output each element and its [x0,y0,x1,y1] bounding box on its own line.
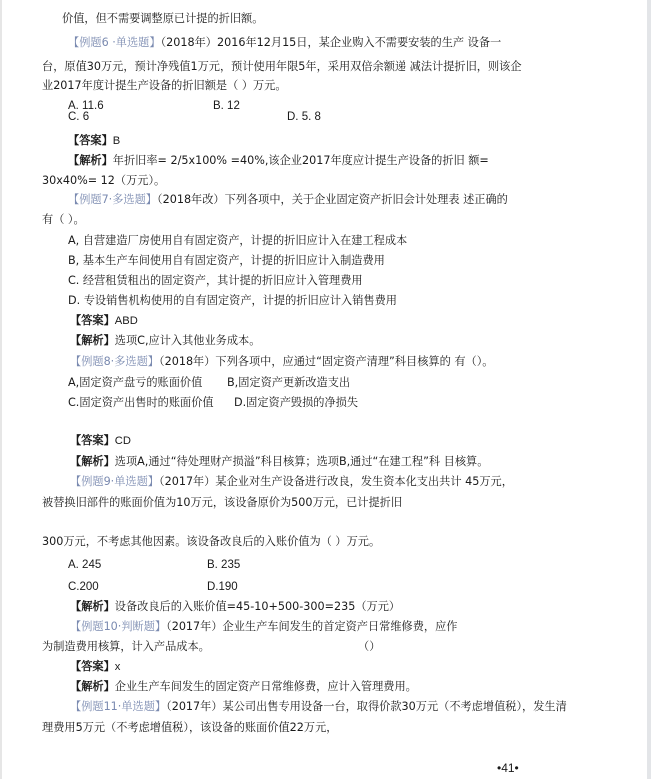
option-b: B,固定资产更新改造支出 [227,376,350,390]
option-b: B. 12 [213,99,240,113]
example-tag: 【例题11·单选题】 [70,700,166,713]
answer-line: 【答案】ABD [70,314,138,328]
analysis-line: 【解析】企业生产车间发生的固定资产日常维修费，应计入管理费用。 [70,680,417,694]
option-c: C. 6 [68,110,89,124]
question-text: （2017年）某企业对生产设备进行改良，发生资本化支出共计 45万元， [159,475,513,488]
option-d: D.固定资产毁损的净损失 [234,396,358,410]
analysis-label: 【解析】 [70,334,115,347]
text-line: 有（ ）。 [42,213,85,227]
answer-value: CD [115,435,131,447]
analysis-label: 【解析】 [70,455,115,468]
question-text: （2018年）下列各项中，应通过“固定资产清理”科目核算的 有（）。 [159,355,493,368]
document-page: 价值，但不需要调整原已计提的折旧额。 【例题6 ·单选题】（2018年）2016… [0,0,651,779]
answer-label: 【答案】 [68,134,113,147]
analysis-text: 年折旧率= 2/5x100% =40%,该企业2017年度应计提生产设备的折旧 … [113,154,489,167]
example-tag: 【例题6 ·单选题】 [68,36,161,49]
option-b: B. 235 [207,558,240,572]
option-d: D. 专设销售机构使用的自有固定资产，计提的折旧应计入销售费用 [68,294,397,308]
option-a: A,固定资产盘亏的账面价值 [68,376,202,390]
example-9-question: 【例题9·单选题】（2017年）某企业对生产设备进行改良，发生资本化支出共计 4… [70,475,513,489]
option-a: A. 245 [68,558,101,572]
option-d: D. 5. 8 [287,110,321,124]
example-tag: 【例题8·多选题】 [70,355,159,368]
answer-value: x [115,661,121,673]
analysis-text: 设备改良后的入账价值=45-10+500-300=235（万元） [115,600,400,613]
page-scrollbar-edge[interactable] [647,0,651,779]
answer-line: 【答案】x [70,660,120,674]
example-7-question: 【例题7·多选题】（2018年改）下列各项中，关于企业固定资产折旧会计处理表 述… [68,193,508,207]
option-c: C. 经营租赁租出的固定资产，其计提的折旧应计入管理费用 [68,274,363,288]
question-text: （2017年）企业生产车间发生的首定资产日常维修费，应作 [166,620,457,633]
analysis-text: 企业生产车间发生的固定资产日常维修费，应计入管理费用。 [115,680,417,693]
question-text: （2018年）2016年12月15日，某企业购入不需要安装的生产 设备一 [161,36,502,49]
text-line: 业2017年度计提生产设备的折旧额是（ ）万元。 [42,79,287,93]
example-8-question: 【例题8·多选题】（2018年）下列各项中，应通过“固定资产清理”科目核算的 有… [70,355,493,369]
answer-line: 【答案】B [68,134,120,148]
answer-line: 【答案】CD [70,434,131,448]
page-number: •41• [497,761,519,775]
judgement-parentheses: （） [358,640,380,654]
analysis-label: 【解析】 [70,600,115,613]
question-text: （2017年）某公司出售专用设备一台，取得价款30万元（不考虑增值税），发生清 [166,700,567,713]
option-d: D.190 [207,580,238,594]
analysis-line: 【解析】选项C,应计入其他业务成本。 [70,334,260,348]
answer-label: 【答案】 [70,660,115,673]
analysis-line: 【解析】年折旧率= 2/5x100% =40%,该企业2017年度应计提生产设备… [68,154,489,168]
example-11-question: 【例题11·单选题】（2017年）某公司出售专用设备一台，取得价款30万元（不考… [70,700,567,714]
analysis-line: 【解析】设备改良后的入账价值=45-10+500-300=235（万元） [70,600,400,614]
analysis-label: 【解析】 [68,154,113,167]
example-tag: 【例题10·判断题】 [70,620,166,633]
text-line: 台，原值30万元，预计净残值1万元，预计使用年限5年，采用双倍余额递 减法计提折… [42,60,522,74]
answer-label: 【答案】 [70,434,115,447]
example-tag: 【例题9·单选题】 [70,475,159,488]
text-line: 理费用5万元（不考虑增值税），该设备的账面价值22万元， [42,721,337,735]
analysis-text: 选项A,通过“待处理财产损溢”科目核算；选项B,通过“在建工程”科 目核算。 [115,455,489,468]
example-10-question: 【例题10·判断题】（2017年）企业生产车间发生的首定资产日常维修费，应作 [70,620,457,634]
text-line: 300万元，不考虑其他因素。该设备改良后的入账价值为（ ）万元。 [42,535,380,549]
example-6-question: 【例题6 ·单选题】（2018年）2016年12月15日，某企业购入不需要安装的… [68,36,501,50]
text-line: 被替换旧部件的账面价值为10万元，该设备原价为500万元，已计提折旧 [42,496,402,510]
answer-label: 【答案】 [70,314,115,327]
option-c: C.固定资产出售时的账面价值 [68,396,214,410]
page-left-edge [0,0,2,779]
analysis-label: 【解析】 [70,680,115,693]
option-c: C.200 [68,580,99,594]
text-line: 为制造费用核算，计入产品成本。 [42,640,210,654]
answer-value: ABD [115,315,138,327]
text-line: 30x40%= 12（万元）。 [42,174,165,188]
analysis-text: 选项C,应计入其他业务成本。 [115,334,261,347]
text-line: 价值，但不需要调整原已计提的折旧额。 [62,12,263,26]
option-b: B, 基本生产车间使用自有固定资产，计提的折旧应计入制造费用 [68,254,385,268]
analysis-line: 【解析】选项A,通过“待处理财产损溢”科目核算；选项B,通过“在建工程”科 目核… [70,455,488,469]
option-a: A, 自营建造厂房使用自有固定资产，计提的折旧应计入在建工程成本 [68,234,407,248]
question-text: （2018年改）下列各项中，关于企业固定资产折旧会计处理表 述正确的 [157,193,508,206]
answer-value: B [113,135,120,147]
example-tag: 【例题7·多选题】 [68,193,157,206]
